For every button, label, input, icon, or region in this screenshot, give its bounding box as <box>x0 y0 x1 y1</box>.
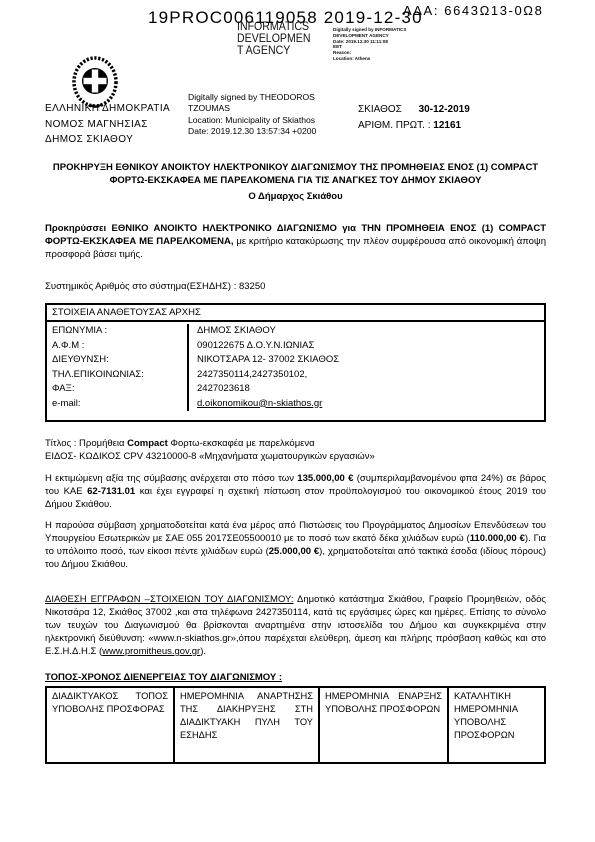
esidis-system-number-line: Συστημικός Αριθμός στο σύστημα(ΕΣΗΔΗΣ) :… <box>45 280 546 293</box>
stamp-detail-line: Location: Athens <box>333 56 406 62</box>
table-row-value: ΝΙΚΟΤΣΑΡΑ 12- 37002 ΣΚΙΑΘΟΣ <box>197 353 536 368</box>
protocol-block: ΣΚΙΑΘΟΣ 30-12-2019 ΑΡΙΘΜ. ΠΡΩΤ. : 12161 <box>358 102 470 134</box>
protocol-date-value: 30-12-2019 <box>405 104 470 115</box>
table-row-label: ΤΗΛ.ΕΠΙΚΟΙΝΩΝΙΑΣ: <box>52 368 182 383</box>
estimated-value-paragraph: Η εκτιμώμενη αξία της σύμβασης ανέρχεται… <box>45 472 546 511</box>
diavgeia-stamp-agency: INFORMATICS DEVELOPMEN T AGENCY <box>237 21 310 57</box>
protocol-place-label: ΣΚΙΑΘΟΣ <box>358 104 402 115</box>
signature-line: Digitally signed by THEODOROS <box>188 92 316 103</box>
signature-line: TZOUMAS <box>188 103 316 114</box>
cpv-line: ΕΙΔΟΣ- ΚΩΔΙΚΟΣ CPV 43210000-8 «Μηχανήματ… <box>45 450 546 463</box>
table-row-label: e-mail: <box>52 397 182 412</box>
table-row-value: d.oikonomikou@n-skiathos.gr <box>197 397 536 412</box>
diavgeia-stamp-details: Digitally signed by INFORMATICS DEVELOPM… <box>333 27 406 62</box>
venue-col-start-date: ΗΜΕΡΟΜΗΝΙΑ ΕΝΑΡΞΗΣ ΥΠΟΒΟΛΗΣ ΠΡΟΣΦΟΡΩΝ <box>320 688 449 762</box>
contracting-authority-table: ΣΤΟΙΧΕΙΑ ΑΝΑΘΕΤΟΥΣΑΣ ΑΡΧΗΣ ΕΠΩΝΥΜΙΑ : Α.… <box>45 303 546 422</box>
table-row-value: 2427023618 <box>197 382 536 397</box>
budget-kae-code: 62-7131.01 <box>87 486 135 497</box>
budget-text: Η εκτιμώμενη αξία της σύμβασης ανέρχεται… <box>45 473 297 484</box>
documents-availability-tail: ). <box>200 646 206 657</box>
subject-title-suffix: Φορτω-εκσκαφέα με παρελκόμενα <box>168 438 315 449</box>
table-row-label: ΦΑΞ: <box>52 382 182 397</box>
announcement-paragraph: Προκηρύσσει ΕΘΝΙΚΟ ΑΝΟΙΚΤΟ ΗΛΕΚΤΡΟΝΙΚΟ Δ… <box>45 222 546 261</box>
documents-availability-paragraph: ΔΙΑΘΕΣΗ ΕΓΓΡΑΦΩΝ –ΣΤΟΙΧΕΙΩΝ ΤΟΥ ΔΙΑΓΩΝΙΣ… <box>45 593 546 658</box>
venue-col-submission-place: ΔΙΑΔΙΚΤΥΑΚΟΣ ΤΟΠΟΣ ΥΠΟΒΟΛΗΣ ΠΡΟΣΦΟΡΑΣ <box>47 688 175 762</box>
table-row-label: Α.Φ.Μ : <box>52 339 182 354</box>
issuing-authority-block: ΕΛΛΗΝΙΚΗ ΔΗΜΟΚΡΑΤΙΑ ΝΟΜΟΣ ΜΑΓΝΗΣΙΑΣ ΔΗΜΟ… <box>45 101 170 148</box>
budget-amount: 135.000,00 € <box>297 473 353 484</box>
protocol-place-date: ΣΚΙΑΘΟΣ 30-12-2019 <box>358 102 470 118</box>
subject-title-line: Τίτλος : Προμήθεια Compact Φορτω-εκσκαφέ… <box>45 437 546 450</box>
funding-paragraph: Η παρούσα σύμβαση χρηματοδοτείται κατά έ… <box>45 519 546 571</box>
venue-col-deadline-date: ΚΑΤΑΛΗΤΙΚΗ ΗΜΕΡΟΜΗΝΙΑ ΥΠΟΒΟΛΗΣ ΠΡΟΣΦΟΡΩΝ <box>449 688 544 762</box>
table-row-value: 090122675 Δ.Ο.Υ.Ν.ΙΩΝΙΑΣ <box>197 339 536 354</box>
mayor-line: Ο Δήμαρχος Σκιάθου <box>45 190 546 203</box>
stamp-agency-line: DEVELOPMEN <box>237 33 310 45</box>
venue-time-heading: ΤΟΠΟΣ-ΧΡΟΝΟΣ ΔΙΕΝΕΡΓΕΙΑΣ ΤΟΥ ΔΙΑΓΩΝΙΣΜΟΥ… <box>45 671 546 684</box>
subject-block: Τίτλος : Προμήθεια Compact Φορτω-εκσκαφέ… <box>45 437 546 463</box>
digital-signature-block: Digitally signed by THEODOROS TZOUMAS Lo… <box>188 92 316 138</box>
document-title: ΠΡΟΚΗΡΥΞΗ ΕΘΝΙΚΟΥ ΑΝΟΙΚΤΟΥ ΗΛΕΚΤΡΟΝΙΚΟΥ … <box>45 161 546 187</box>
protocol-number-value: 12161 <box>433 120 461 131</box>
stamp-agency-line: T AGENCY <box>237 45 310 57</box>
signature-line: Location: Municipality of Skiathos <box>188 115 316 126</box>
authority-line-republic: ΕΛΛΗΝΙΚΗ ΔΗΜΟΚΡΑΤΙΑ <box>45 101 170 117</box>
document-page: 19PROC006119058 2019-12-30 ΑΔΑ: 6643Ω13-… <box>0 0 595 842</box>
subject-title-bold: Compact <box>127 438 168 449</box>
signature-line: Date: 2019.12.30 13:57:34 +0200 <box>188 126 316 137</box>
authority-table-body: ΕΠΩΝΥΜΙΑ : Α.Φ.Μ : ΔΙΕΥΘΥΝΣΗ: ΤΗΛ.ΕΠΙΚΟΙ… <box>47 322 544 420</box>
table-row-label: ΔΙΕΥΘΥΝΣΗ: <box>52 353 182 368</box>
funding-amount-1: 110.000,00 € <box>470 533 525 544</box>
promitheus-link[interactable]: www.promitheus.gov.gr <box>102 646 200 657</box>
protocol-number-label: ΑΡΙΘΜ. ΠΡΩΤ. : <box>358 120 431 131</box>
table-row-label: ΕΠΩΝΥΜΙΑ : <box>52 324 182 339</box>
venue-col-publication-date: ΗΜΕΡΟΜΗΝΙΑ ΑΝΑΡΤΗΣΗΣ ΤΗΣ ΔΙΑΚΗΡΥΞΗΣ ΣΤΗ … <box>175 688 320 762</box>
authority-table-header: ΣΤΟΙΧΕΙΑ ΑΝΑΘΕΤΟΥΣΑΣ ΑΡΧΗΣ <box>47 305 544 322</box>
table-row-value: ΔΗΜΟΣ ΣΚΙΑΘΟΥ <box>197 324 536 339</box>
stamp-agency-line: INFORMATICS <box>237 21 310 33</box>
email-link[interactable]: d.oikonomikou@n-skiathos.gr <box>197 398 322 409</box>
authority-line-municipality: ΔΗΜΟΣ ΣΚΙΑΘΟΥ <box>45 132 170 148</box>
authority-table-values-column: ΔΗΜΟΣ ΣΚΙΑΘΟΥ 090122675 Δ.Ο.Υ.Ν.ΙΩΝΙΑΣ Ν… <box>189 324 544 411</box>
venue-time-table: ΔΙΑΔΙΚΤΥΑΚΟΣ ΤΟΠΟΣ ΥΠΟΒΟΛΗΣ ΠΡΟΣΦΟΡΑΣ ΗΜ… <box>45 686 546 764</box>
stamp-detail-line: Digitally signed by INFORMATICS <box>333 27 406 33</box>
authority-line-prefecture: ΝΟΜΟΣ ΜΑΓΝΗΣΙΑΣ <box>45 117 170 133</box>
authority-table-labels-column: ΕΠΩΝΥΜΙΑ : Α.Φ.Μ : ΔΙΕΥΘΥΝΣΗ: ΤΗΛ.ΕΠΙΚΟΙ… <box>47 324 189 411</box>
funding-amount-2: 25.000,00 € <box>269 546 319 557</box>
ada-code: ΑΔΑ: 6643Ω13-0Ω8 <box>403 4 543 17</box>
document-body: ΠΡΟΚΗΡΥΞΗ ΕΘΝΙΚΟΥ ΑΝΟΙΚΤΟΥ ΗΛΕΚΤΡΟΝΙΚΟΥ … <box>45 161 546 764</box>
table-row-value: 2427350114,2427350102, <box>197 368 536 383</box>
protocol-number: ΑΡΙΘΜ. ΠΡΩΤ. : 12161 <box>358 118 470 134</box>
subject-title-prefix: Τίτλος : Προμήθεια <box>45 438 127 449</box>
documents-availability-heading: ΔΙΑΘΕΣΗ ΕΓΓΡΑΦΩΝ –ΣΤΟΙΧΕΙΩΝ ΤΟΥ ΔΙΑΓΩΝΙΣ… <box>45 594 293 605</box>
